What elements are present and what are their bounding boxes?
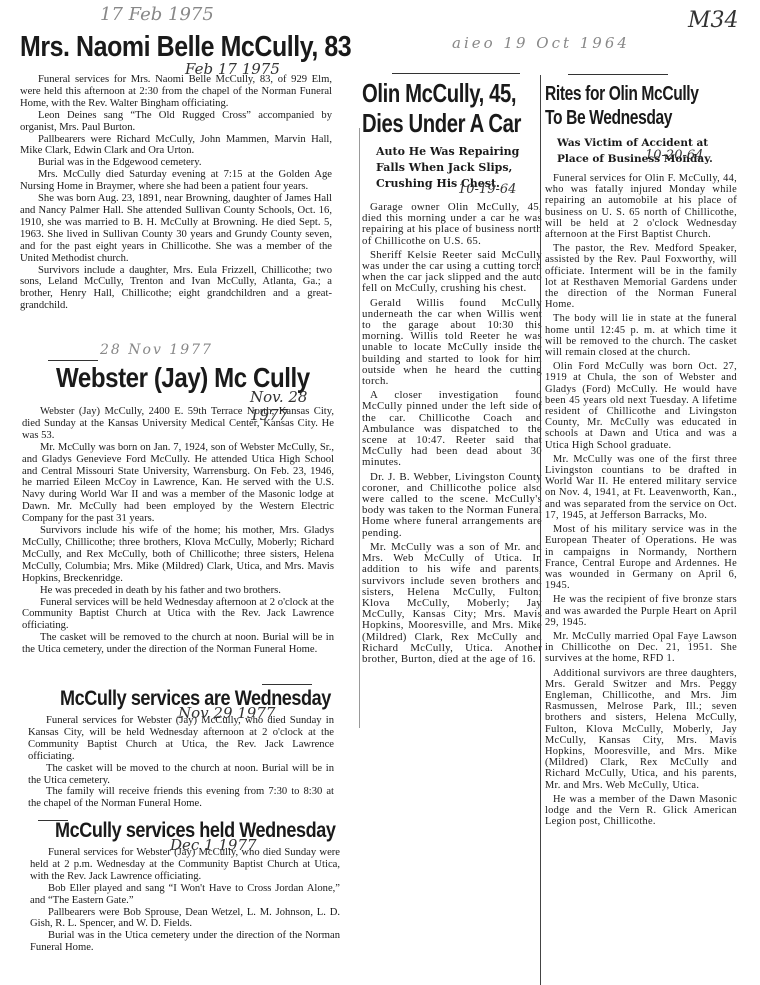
handwritten-date-top-middle: aieo 19 Oct 1964 bbox=[452, 34, 630, 52]
divider bbox=[262, 684, 312, 685]
article-rites-olin-mccully: Rites for Olin McCully To Be Wednesday W… bbox=[545, 82, 737, 830]
paragraph: The family will receive friends this eve… bbox=[28, 786, 334, 810]
paragraph: Olin Ford McCully was born Oct. 27, 1919… bbox=[545, 361, 737, 451]
headline-olin-line2: Dies Under A Car bbox=[362, 108, 502, 138]
headline-olin-line1: Olin McCully, 45, bbox=[362, 78, 502, 108]
article-services-held: McCully services held Wednesday Dec 1 19… bbox=[30, 818, 340, 954]
paragraph: Bob Eller played and sang “I Won't Have … bbox=[30, 883, 340, 907]
article-body-services-held: Funeral services for Webster (Jay) McCul… bbox=[30, 847, 340, 954]
paragraph: Survivors include a daughter, Mrs. Eula … bbox=[20, 265, 332, 313]
paragraph: He was the recipient of five bronze star… bbox=[545, 594, 737, 628]
divider bbox=[568, 74, 668, 75]
article-olin-mccully-dies: Olin McCully, 45, Dies Under A Car Auto … bbox=[362, 78, 542, 668]
handwritten-date-olin: 10-19-64 bbox=[458, 182, 516, 197]
article-body-services-wednesday: Funeral services for Webster (Jay) McCul… bbox=[28, 715, 334, 810]
paragraph: He was a member of the Dawn Masonic lodg… bbox=[545, 794, 737, 828]
paragraph: Survivors include his wife of the home; … bbox=[22, 525, 334, 585]
paragraph: She was born Aug. 23, 1891, near Brownin… bbox=[20, 193, 332, 264]
handwritten-date-top-left: 17 Feb 1975 bbox=[100, 4, 214, 25]
paragraph: Burial was in the Edgewood cemetery. bbox=[20, 157, 332, 169]
paragraph: Dr. J. B. Webber, Livingston County coro… bbox=[362, 472, 542, 539]
divider bbox=[392, 73, 520, 74]
column-border bbox=[540, 75, 541, 985]
handwritten-date-services-wednesday: Nov 29 1977 bbox=[178, 704, 275, 722]
paragraph: He was preceded in death by his father a… bbox=[22, 585, 334, 597]
handwritten-page-code: M34 bbox=[688, 8, 739, 33]
article-webster-mccully: Webster (Jay) Mc Cully Nov. 28 1977 Webs… bbox=[22, 362, 334, 656]
article-body-naomi: Funeral services for Mrs. Naomi Belle Mc… bbox=[20, 74, 332, 312]
handwritten-date-webster-header: 28 Nov 1977 bbox=[100, 342, 213, 358]
headline-rites-line2: To Be Wednesday bbox=[545, 106, 695, 130]
paragraph: Funeral services for Webster (Jay) McCul… bbox=[28, 715, 334, 763]
article-services-wednesday: McCully services are Wednesday Nov 29 19… bbox=[28, 686, 334, 810]
paragraph: Sheriff Kelsie Reeter said McCully was u… bbox=[362, 250, 542, 295]
article-body-webster: Webster (Jay) McCully, 2400 E. 59th Terr… bbox=[22, 406, 334, 656]
paragraph: The body will lie in state at the funera… bbox=[545, 313, 737, 358]
paragraph: Funeral services will be held Wednesday … bbox=[22, 597, 334, 633]
handwritten-date-naomi: Feb 17 1975 bbox=[185, 60, 280, 78]
paragraph: The casket will be moved to the church a… bbox=[28, 763, 334, 787]
paragraph: Leon Deines sang “The Old Rugged Cross” … bbox=[20, 110, 332, 134]
paragraph: Most of his military service was in the … bbox=[545, 524, 737, 591]
paragraph: Pallbearers were Richard McCully, John M… bbox=[20, 134, 332, 158]
paragraph: Burial was in the Utica cemetery under t… bbox=[30, 930, 340, 954]
divider bbox=[48, 360, 98, 361]
paragraph: Additional survivors are three daughters… bbox=[545, 668, 737, 791]
headline-rites-line1: Rites for Olin McCully bbox=[545, 82, 695, 106]
paragraph: Funeral services for Olin F. McCully, 44… bbox=[545, 173, 737, 240]
paragraph: Mr. McCully was one of the first three L… bbox=[545, 454, 737, 521]
paragraph: Mrs. McCully died Saturday evening at 7:… bbox=[20, 169, 332, 193]
article-body-olin: Garage owner Olin McCully, 45, died this… bbox=[362, 202, 542, 665]
headline-naomi: Mrs. Naomi Belle McCully, 83 bbox=[20, 30, 288, 64]
paragraph: Mr. McCully was born on Jan. 7, 1924, so… bbox=[22, 442, 334, 525]
column-border bbox=[359, 128, 360, 728]
paragraph: Pallbearers were Bob Sprouse, Dean Wetze… bbox=[30, 907, 340, 931]
article-body-rites: Funeral services for Olin F. McCully, 44… bbox=[545, 173, 737, 827]
paragraph: A closer investigation found McCully pin… bbox=[362, 390, 542, 468]
paragraph: The casket will be removed to the church… bbox=[22, 632, 334, 656]
handwritten-date-rites: 10-20-64 bbox=[645, 148, 703, 163]
paragraph: Garage owner Olin McCully, 45, died this… bbox=[362, 202, 542, 247]
paragraph: Gerald Willis found McCully underneath t… bbox=[362, 298, 542, 388]
paragraph: Mr. McCully was a son of Mr. and Mrs. We… bbox=[362, 542, 542, 665]
article-naomi-mccully: Mrs. Naomi Belle McCully, 83 Feb 17 1975… bbox=[20, 30, 332, 312]
handwritten-date-services-held: Dec 1 1977 bbox=[170, 836, 257, 854]
paragraph: Funeral services for Mrs. Naomi Belle Mc… bbox=[20, 74, 332, 110]
handwritten-date-webster: Nov. 28 1977 bbox=[250, 388, 334, 424]
paragraph: Mr. McCully married Opal Faye Lawson in … bbox=[545, 631, 737, 665]
paragraph: The pastor, the Rev. Medford Speaker, as… bbox=[545, 243, 737, 310]
